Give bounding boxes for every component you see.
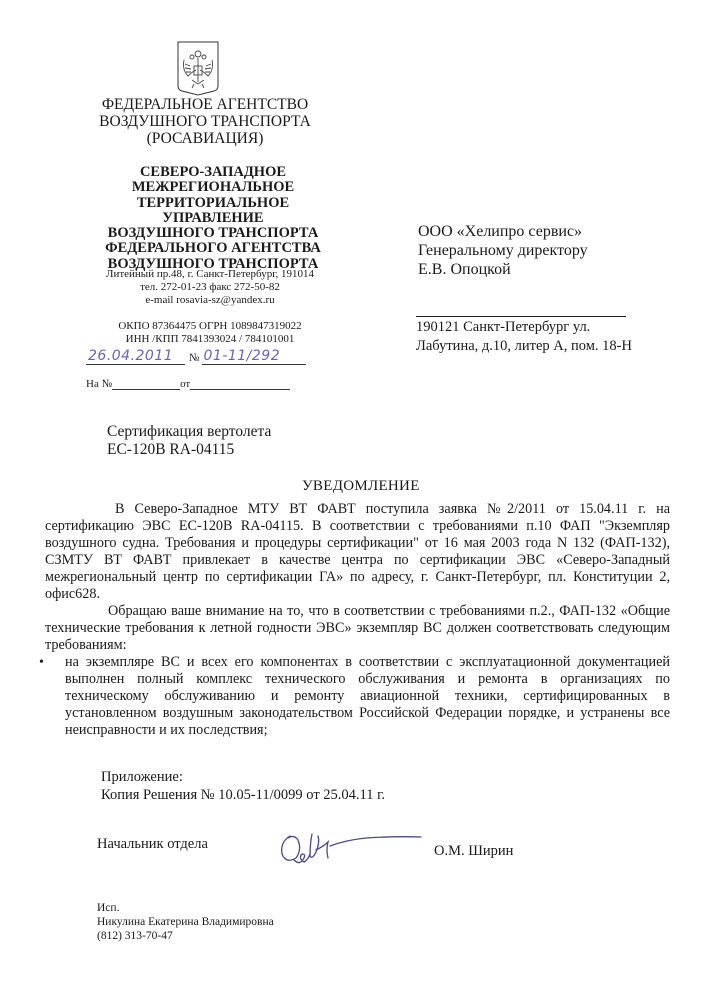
agency-line: (РОСАВИАЦИЯ) bbox=[85, 130, 325, 147]
requirement-item: • на экземпляре ВС и всех его компонента… bbox=[45, 654, 670, 739]
letter-body: В Северо-Западное МТУ ВТ ФАВТ поступила … bbox=[45, 501, 670, 739]
mtu-name: СЕВЕРО-ЗАПАДНОЕ МЕЖРЕГИОНАЛЬНОЕ ТЕРРИТОР… bbox=[88, 165, 338, 272]
address-divider bbox=[416, 316, 626, 317]
requirements-list: • на экземпляре ВС и всех его компонента… bbox=[45, 654, 670, 739]
agency-line: ФЕДЕРАЛЬНОЕ АГЕНТСТВО bbox=[85, 96, 325, 113]
handwritten-signature-icon bbox=[276, 820, 426, 875]
number-label: № bbox=[189, 352, 200, 364]
email: e-mail rosavia-sz@yandex.ru bbox=[90, 294, 330, 307]
reference-line: На № от bbox=[86, 378, 290, 390]
coat-of-arms-icon bbox=[176, 40, 220, 96]
annex-label: Приложение: bbox=[101, 768, 385, 786]
reference-label: На № bbox=[86, 378, 112, 390]
subject-block: Сертификация вертолета EC-120B RA-04115 bbox=[107, 423, 271, 459]
postal-address: Литейный пр.48, г. Санкт-Петербург, 1910… bbox=[90, 268, 330, 281]
subject-line: EC-120B RA-04115 bbox=[107, 441, 271, 459]
mtu-line: СЕВЕРО-ЗАПАДНОЕ bbox=[88, 165, 338, 180]
registration-number: 01-11/292 bbox=[202, 348, 306, 365]
address-line: Лабутина, д.10, литер А, пом. 18-Н bbox=[416, 337, 632, 356]
annex-item: Копия Решения № 10.05-11/0099 от 25.04.1… bbox=[101, 786, 385, 804]
address-line: 190121 Санкт-Петербург ул. bbox=[416, 318, 632, 337]
executor-label: Исп. bbox=[97, 901, 274, 915]
executor-name: Никулина Екатерина Владимировна bbox=[97, 915, 274, 929]
requirement-text: на экземпляре ВС и всех его компонентах … bbox=[65, 654, 670, 738]
signer-name: О.М. Ширин bbox=[434, 843, 513, 860]
recipient-address: 190121 Санкт-Петербург ул. Лабутина, д.1… bbox=[416, 318, 632, 356]
reference-date-blank bbox=[190, 379, 290, 390]
recipient-name: Е.В. Опоцкой bbox=[418, 260, 588, 279]
reference-from-label: от bbox=[180, 378, 190, 390]
body-paragraph: Обращаю ваше внимание на то, что в соотв… bbox=[45, 603, 670, 654]
recipient-position: Генеральному директору bbox=[418, 241, 588, 260]
phone-fax: тел. 272-01-23 факс 272-50-82 bbox=[90, 281, 330, 294]
executor-block: Исп. Никулина Екатерина Владимировна (81… bbox=[97, 901, 274, 943]
signer-position: Начальник отдела bbox=[97, 836, 208, 853]
agency-name: ФЕДЕРАЛЬНОЕ АГЕНТСТВО ВОЗДУШНОГО ТРАНСПО… bbox=[85, 96, 325, 147]
body-paragraph: В Северо-Западное МТУ ВТ ФАВТ поступила … bbox=[45, 501, 670, 603]
registration-date: 26.04.2011 bbox=[86, 348, 185, 365]
registration-line: 26.04.2011 № 01-11/292 bbox=[86, 348, 306, 365]
annex-block: Приложение: Копия Решения № 10.05-11/009… bbox=[101, 768, 385, 804]
bullet-icon: • bbox=[39, 654, 44, 671]
reference-number-blank bbox=[112, 379, 180, 390]
document-title: УВЕДОМЛЕНИЕ bbox=[302, 478, 420, 495]
subject-line: Сертификация вертолета bbox=[107, 423, 271, 441]
mtu-line: МЕЖРЕГИОНАЛЬНОЕ bbox=[88, 180, 338, 195]
recipient-company: ООО «Хелипро сервис» bbox=[418, 222, 588, 241]
mtu-line: ТЕРРИТОРИАЛЬНОЕ УПРАВЛЕНИЕ bbox=[88, 196, 338, 227]
executor-phone: (812) 313-70-47 bbox=[97, 929, 274, 943]
registry-codes: ОКПО 87364475 ОГРН 1089847319022 ИНН /КП… bbox=[90, 320, 330, 346]
mtu-line: ФЕДЕРАЛЬНОГО АГЕНТСТВА bbox=[88, 241, 338, 256]
inn-kpp: ИНН /КПП 7841393024 / 784101001 bbox=[90, 333, 330, 346]
agency-line: ВОЗДУШНОГО ТРАНСПОРТА bbox=[85, 113, 325, 130]
contact-block: Литейный пр.48, г. Санкт-Петербург, 1910… bbox=[90, 268, 330, 307]
recipient-block: ООО «Хелипро сервис» Генеральному директ… bbox=[418, 222, 588, 279]
okpo-ogrn: ОКПО 87364475 ОГРН 1089847319022 bbox=[90, 320, 330, 333]
mtu-line: ВОЗДУШНОГО ТРАНСПОРТА bbox=[88, 226, 338, 241]
